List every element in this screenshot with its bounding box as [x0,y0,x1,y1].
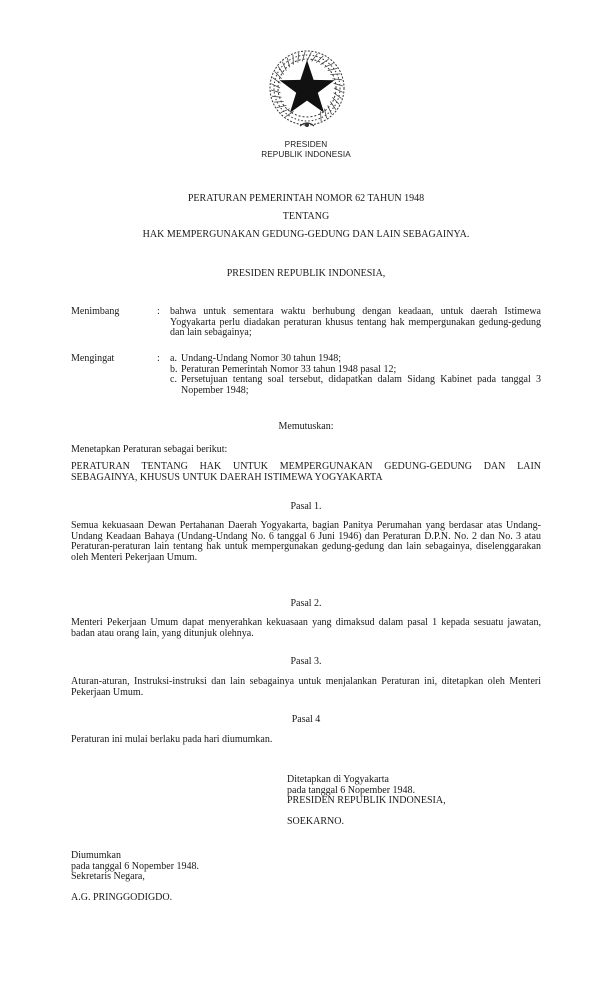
article-3-text: Aturan-aturan, Instruksi-instruksi dan l… [71,677,541,698]
menimbang-text: bahwa untuk sementara waktu berhubung de… [170,307,541,339]
list-marker: c. [170,375,177,386]
enactment-signatory: SOEKARNO. [287,817,446,828]
list-item-text: Undang-Undang Nomor 30 tahun 1948; [181,353,341,364]
header-line-presiden: PRESIDEN [0,140,612,150]
promulgation-label: Diumumkan [71,851,199,862]
regulation-name: PERATURAN TENTANG HAK UNTUK MEMPERGUNAKA… [71,462,541,483]
enactment-block: Ditetapkan di Yogyakarta pada tanggal 6 … [287,775,446,827]
article-3-heading: Pasal 3. [0,656,612,667]
memutuskan-heading: Memutuskan: [0,421,612,432]
article-4-heading: Pasal 4 [0,714,612,725]
document-subject: HAK MEMPERGUNAKAN GEDUNG-GEDUNG DAN LAIN… [0,229,612,240]
list-item-text: Persetujuan tentang soal tersebut, didap… [181,374,541,396]
enactment-title: PRESIDEN REPUBLIK INDONESIA, [287,796,446,807]
list-marker: a. [170,354,177,365]
document-title: PERATURAN PEMERINTAH NOMOR 62 TAHUN 1948 [0,193,612,204]
menimbang-label: Menimbang [71,307,119,318]
enactment-place: Ditetapkan di Yogyakarta [287,775,446,786]
document-page: PRESIDEN REPUBLIK INDONESIA PERATURAN PE… [0,0,612,1008]
list-item-text: Peraturan Pemerintah Nomor 33 tahun 1948… [181,364,396,375]
article-2-text: Menteri Pekerjaan Umum dapat menyerahkan… [71,618,541,639]
mengingat-item: c. Persetujuan tentang soal tersebut, di… [170,375,541,396]
promulgation-block: Diumumkan pada tanggal 6 Nopember 1948. … [71,851,199,903]
presidential-seal-icon [266,48,348,132]
promulgation-signatory: A.G. PRINGGODIGDO. [71,893,199,904]
menimbang-colon: : [157,307,160,318]
menetapkan-line: Menetapkan Peraturan sebagai berikut: [71,445,541,456]
article-1-text: Semua kekuasaan Dewan Pertahanan Daerah … [71,521,541,563]
mengingat-label: Mengingat [71,354,114,365]
mengingat-list: a. Undang-Undang Nomor 30 tahun 1948; b.… [170,354,541,396]
header-line-republik: REPUBLIK INDONESIA [0,150,612,160]
article-1-heading: Pasal 1. [0,501,612,512]
article-2-heading: Pasal 2. [0,598,612,609]
issuer-heading: PRESIDEN REPUBLIK INDONESIA, [0,268,612,279]
mengingat-colon: : [157,354,160,365]
document-title-tentang: TENTANG [0,211,612,222]
promulgation-title: Sekretaris Negara, [71,872,199,883]
article-4-text: Peraturan ini mulai berlaku pada hari di… [71,735,541,746]
